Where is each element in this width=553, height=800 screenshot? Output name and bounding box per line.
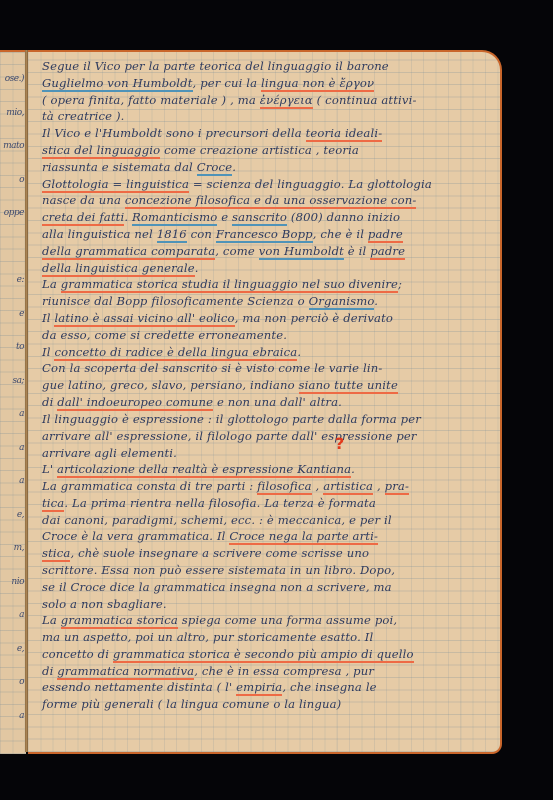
text-line: essendo nettamente distinta ( l' empiria… <box>42 679 490 696</box>
text-segment: . La prima rientra nella filosofia. La t… <box>64 496 376 510</box>
text-segment: , <box>373 479 385 493</box>
text-segment: La <box>42 613 61 627</box>
blue-underlined-text: Francesco Bopp <box>216 227 313 243</box>
text-segment: , che è il <box>313 227 368 241</box>
text-segment: La grammatica consta di tre parti : <box>42 479 257 493</box>
text-line: La grammatica consta di tre parti : filo… <box>42 478 490 495</box>
text-segment: essendo nettamente distinta ( l' <box>42 680 236 694</box>
text-line: Glottologia = linguistica = scienza del … <box>42 176 490 193</box>
text-segment: (800) danno inizio <box>287 210 400 224</box>
text-segment: La <box>42 277 61 291</box>
text-line: ( opera finita, fatto materiale ) , ma ἐ… <box>42 92 490 109</box>
text-segment: dai canoni, paradigmi, schemi, ecc. : è … <box>42 513 392 527</box>
text-segment: . <box>195 261 199 275</box>
text-line: Il latino è assai vicino all' eolico, ma… <box>42 310 490 327</box>
text-line: scrittore. Essa non può essere sistemata… <box>42 562 490 579</box>
text-line: tà creatrice ). <box>42 108 490 125</box>
text-line: creta dei fatti. Romanticismo e sanscrit… <box>42 209 490 226</box>
left-page-fragment: o <box>19 175 24 185</box>
text-segment: Croce è la vera grammatica. Il <box>42 529 229 543</box>
red-question-mark: ? <box>335 434 344 453</box>
blue-underlined-text: Romanticismo <box>132 210 217 226</box>
left-page-fragment: a <box>19 610 24 620</box>
text-segment: come creazione artistica , teoria <box>160 143 359 157</box>
text-line: L' articolazione della realtà è espressi… <box>42 461 490 478</box>
text-segment: , ma non perciò è derivato <box>235 311 393 325</box>
text-line: arrivare agli elementi.? <box>42 444 490 461</box>
text-segment: forme più generali ( la lingua comune o … <box>42 697 341 711</box>
text-line: alla linguistica nel 1816 con Francesco … <box>42 226 490 243</box>
left-page-fragment: m, <box>14 543 24 553</box>
text-segment: . <box>351 462 355 476</box>
red-underlined-text: artistica <box>323 479 373 495</box>
text-segment: . <box>124 210 132 224</box>
left-page-fragment: a <box>19 711 24 721</box>
text-line: nasce da una concezione filosofica e da … <box>42 192 490 209</box>
left-page-fragment: nio <box>11 577 24 587</box>
left-page-fragment: sa; <box>12 376 24 386</box>
left-page-fragment: e <box>19 309 24 319</box>
left-page-fragment: mio, <box>6 108 24 118</box>
text-line: della linguistica generale. <box>42 260 490 277</box>
text-segment: Con la scoperta del sanscrito si è visto… <box>42 361 382 375</box>
notebook-page: Segue il Vico per la parte teorica del l… <box>28 50 502 754</box>
text-segment: solo a non sbagliare. <box>42 597 167 611</box>
blue-underlined-text: Organismo <box>309 294 375 310</box>
text-segment: riunisce dal Bopp filosoficamente Scienz… <box>42 294 309 308</box>
text-line: solo a non sbagliare. <box>42 596 490 613</box>
text-segment: Il Vico e l'Humboldt sono i precursori d… <box>42 126 306 140</box>
left-page-fragment: mato <box>3 141 24 151</box>
text-segment: , chè suole insegnare a scrivere come sc… <box>70 546 369 560</box>
text-line: ma un aspetto, poi un altro, pur storica… <box>42 629 490 646</box>
text-segment: riassunta e sistemata dal <box>42 160 197 174</box>
text-segment: arrivare all' espressione, il filologo p… <box>42 429 417 443</box>
red-underlined-text: grammatica storica studia il linguaggio … <box>61 277 398 293</box>
left-page-fragment: e: <box>17 275 24 285</box>
blue-underlined-text: sanscrito <box>232 210 287 226</box>
text-segment: tà creatrice ). <box>42 109 124 123</box>
text-line: riassunta e sistemata dal Croce. <box>42 159 490 176</box>
text-segment: e non una dall' altra. <box>213 395 342 409</box>
text-segment: . <box>232 160 236 174</box>
blue-underlined-text: 1816 <box>157 227 187 243</box>
text-segment: = scienza del linguaggio. La glottologia <box>189 177 432 191</box>
red-underlined-text: della linguistica generale <box>42 261 195 277</box>
left-page-fragment: to <box>16 342 24 352</box>
left-page-fragment: o <box>19 677 24 687</box>
text-line: dai canoni, paradigmi, schemi, ecc. : è … <box>42 512 490 529</box>
text-line: Il linguaggio è espressione : il glottol… <box>42 411 490 428</box>
text-segment: ; <box>398 277 402 291</box>
text-segment: alla linguistica nel <box>42 227 157 241</box>
text-line: Croce è la vera grammatica. Il Croce neg… <box>42 528 490 545</box>
text-line: da esso, come si credette erroneamente. <box>42 327 490 344</box>
red-underlined-text: stica del linguaggio <box>42 143 160 159</box>
text-segment: nasce da una <box>42 193 125 207</box>
text-segment: di <box>42 664 57 678</box>
text-segment: , come <box>215 244 258 258</box>
text-segment: scrittore. Essa non può essere sistemata… <box>42 563 395 577</box>
text-segment: Il <box>42 345 54 359</box>
blue-underlined-text: von Humboldt <box>259 244 344 260</box>
handwritten-text: Segue il Vico per la parte teorica del l… <box>42 58 490 713</box>
text-segment: , per cui la <box>193 76 262 90</box>
left-page-fragment: e, <box>17 644 24 654</box>
previous-page-edge: ose.)mio,matoooppee:etosa;aaae,m,nioae,o… <box>0 50 26 754</box>
text-segment: con <box>187 227 216 241</box>
text-segment: di <box>42 395 57 409</box>
left-page-fragment: a <box>19 443 24 453</box>
text-line: della grammatica comparata, come von Hum… <box>42 243 490 260</box>
red-underlined-text: empiria <box>236 680 282 696</box>
left-page-fragment: a <box>19 476 24 486</box>
text-line: riunisce dal Bopp filosoficamente Scienz… <box>42 293 490 310</box>
blue-underlined-text: Croce <box>197 160 233 176</box>
text-segment: gue latino, greco, slavo, persiano, indi… <box>42 378 299 392</box>
text-line: arrivare all' espressione, il filologo p… <box>42 428 490 445</box>
red-underlined-text: latino è assai vicino all' eolico <box>54 311 234 327</box>
text-line: concetto di grammatica storica è secondo… <box>42 646 490 663</box>
text-segment: ( opera finita, fatto materiale ) , ma <box>42 93 260 107</box>
left-page-fragment: oppe <box>4 208 24 218</box>
text-line: di grammatica normativa, che è in essa c… <box>42 663 490 680</box>
text-line: tica. La prima rientra nella filosofia. … <box>42 495 490 512</box>
text-line: se il Croce dice la grammatica insegna n… <box>42 579 490 596</box>
text-segment: arrivare agli elementi. <box>42 446 177 460</box>
text-segment: Il linguaggio è espressione : il glottol… <box>42 412 421 426</box>
text-line: gue latino, greco, slavo, persiano, indi… <box>42 377 490 394</box>
red-underlined-text: grammatica storica <box>61 613 178 629</box>
red-underlined-text: creta dei fatti <box>42 210 124 226</box>
red-underlined-text: stica <box>42 546 70 562</box>
text-line: forme più generali ( la lingua comune o … <box>42 696 490 713</box>
text-segment: , che è in essa compresa , pur <box>194 664 374 678</box>
red-underlined-text: ἐνέργεια <box>260 93 313 109</box>
red-underlined-text: dall' indoeuropeo comune <box>57 395 213 411</box>
text-segment: è il <box>344 244 370 258</box>
left-page-fragment: e, <box>17 510 24 520</box>
red-underlined-text: filosofica <box>257 479 312 495</box>
red-underlined-text: tica <box>42 496 64 512</box>
text-segment: ( continua attivi- <box>313 93 417 107</box>
text-line: Il Vico e l'Humboldt sono i precursori d… <box>42 125 490 142</box>
text-segment: Il <box>42 311 54 325</box>
text-segment: spiega come una forma assume poi, <box>178 613 397 627</box>
text-segment: da esso, come si credette erroneamente. <box>42 328 287 342</box>
red-underlined-text: Glottologia = linguistica <box>42 177 189 193</box>
text-segment: Segue il Vico per la parte teorica del l… <box>42 59 389 73</box>
red-underlined-text: pra- <box>385 479 409 495</box>
text-line: Con la scoperta del sanscrito si è visto… <box>42 360 490 377</box>
blue-underlined-text: Guglielmo von Humboldt <box>42 76 193 92</box>
red-underlined-text: grammatica normativa <box>57 664 194 680</box>
red-underlined-text: della grammatica comparata <box>42 244 215 260</box>
text-segment: concetto di <box>42 647 113 661</box>
text-line: La grammatica storica studia il linguagg… <box>42 276 490 293</box>
red-underlined-text: concetto di radice è della lingua ebraic… <box>54 345 297 361</box>
text-segment: L' <box>42 462 57 476</box>
text-line: Guglielmo von Humboldt, per cui la lingu… <box>42 75 490 92</box>
text-line: di dall' indoeuropeo comune e non una da… <box>42 394 490 411</box>
text-line: stica del linguaggio come creazione arti… <box>42 142 490 159</box>
text-segment: e <box>217 210 232 224</box>
left-page-fragment: a <box>19 409 24 419</box>
text-line: Il concetto di radice è della lingua ebr… <box>42 344 490 361</box>
text-segment: . <box>374 294 378 308</box>
text-segment: ma un aspetto, poi un altro, pur storica… <box>42 630 373 644</box>
text-segment: se il Croce dice la grammatica insegna n… <box>42 580 392 594</box>
text-segment: , che insegna le <box>282 680 376 694</box>
red-underlined-text: padre <box>370 244 405 260</box>
red-underlined-text: padre <box>368 227 403 243</box>
red-underlined-text: articolazione della realtà è espressione… <box>57 462 351 478</box>
red-underlined-text: Croce nega la parte arti- <box>229 529 378 545</box>
red-underlined-text: concezione filosofica e da una osservazi… <box>125 193 417 209</box>
text-segment: . <box>297 345 301 359</box>
text-line: Segue il Vico per la parte teorica del l… <box>42 58 490 75</box>
red-underlined-text: grammatica storica è secondo più ampio d… <box>113 647 414 663</box>
red-underlined-text: lingua non è ἔργον <box>261 76 374 92</box>
text-line: stica, chè suole insegnare a scrivere co… <box>42 545 490 562</box>
red-underlined-text: siano tutte unite <box>299 378 398 394</box>
text-line: La grammatica storica spiega come una fo… <box>42 612 490 629</box>
text-segment: , <box>312 479 324 493</box>
red-underlined-text: teoria ideali- <box>306 126 383 142</box>
left-page-fragment: ose.) <box>5 74 24 84</box>
